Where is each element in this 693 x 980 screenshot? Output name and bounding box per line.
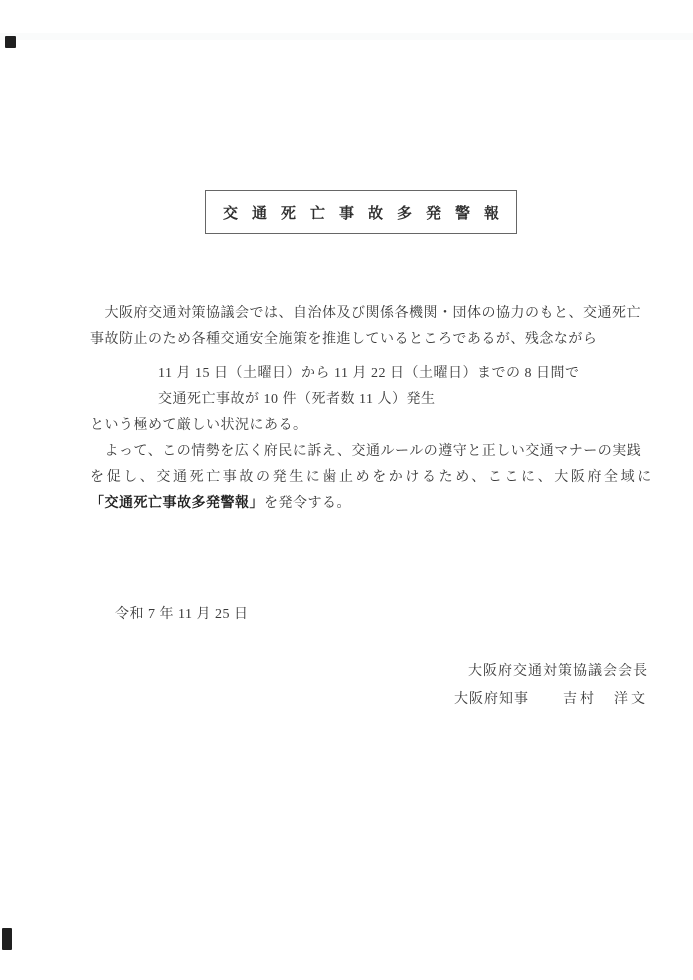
body-situation-line: という極めて厳しい状況にある。 (90, 413, 608, 439)
decree-alert-name: 「交通死亡事故多発警報」 (90, 496, 264, 511)
signature-block: 大阪府交通対策協議会会長 大阪府知事吉村 洋文 (454, 658, 648, 714)
body-accident-count-line: 交通死亡事故が 10 件（死者数 11 人）発生 (158, 387, 608, 413)
document-title: 交通死亡事故多発警報 (209, 202, 513, 223)
body-paragraph1-line1: 大阪府交通対策協議会では、自治体及び関係各機関・団体の協力のもと、交通死亡 (90, 301, 608, 327)
scan-band-artifact (0, 33, 693, 40)
signature-organization: 大阪府交通対策協議会会長 (454, 658, 648, 686)
document-body: 大阪府交通対策協議会では、自治体及び関係各機関・団体の協力のもと、交通死亡 事故… (90, 301, 608, 517)
signer-name: 吉村 洋文 (563, 692, 648, 707)
decree-issue-text: を発令する。 (264, 496, 351, 511)
body-paragraph1-line2: 事故防止のため各種交通安全施策を推進しているところであるが、残念ながら (90, 327, 608, 353)
scan-artifact-top-left (5, 36, 16, 48)
document-page: 交通死亡事故多発警報 大阪府交通対策協議会では、自治体及び関係各機関・団体の協力… (0, 0, 693, 980)
body-paragraph2-line2: を促し、交通死亡事故の発生に歯止めをかけるため、ここに、大阪府全域に (90, 465, 608, 491)
body-period-line: 11 月 15 日（土曜日）から 11 月 22 日（土曜日）までの 8 日間で (158, 361, 608, 387)
date-line: 令和 7 年 11 月 25 日 (115, 603, 248, 623)
signer-title: 大阪府知事 (454, 692, 529, 707)
body-decree-line: 「交通死亡事故多発警報」を発令する。 (90, 491, 608, 517)
body-paragraph2-line1: よって、この情勢を広く府民に訴え、交通ルールの遵守と正しい交通マナーの実践 (90, 439, 608, 465)
scan-artifact-bottom-left (2, 928, 12, 950)
signature-signer: 大阪府知事吉村 洋文 (454, 686, 648, 714)
title-box: 交通死亡事故多発警報 (205, 190, 517, 234)
